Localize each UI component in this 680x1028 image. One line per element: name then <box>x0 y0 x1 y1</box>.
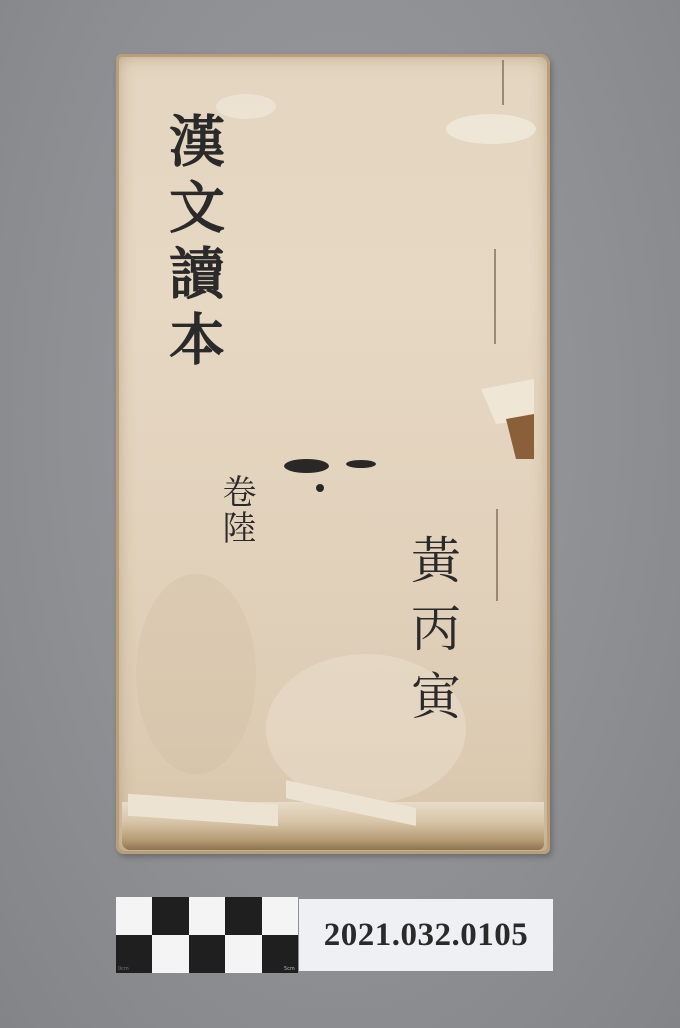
binding-stitch-mark <box>494 249 496 344</box>
scale-square <box>189 935 225 973</box>
scale-square <box>225 935 261 973</box>
scale-square <box>189 897 225 935</box>
scale-square <box>262 897 298 935</box>
scale-square <box>152 935 188 973</box>
book-title: 漢文讀本 <box>164 112 220 376</box>
ink-blot <box>316 484 324 492</box>
scale-square <box>116 897 152 935</box>
scale-square <box>152 897 188 935</box>
scale-label-start: 0cm <box>118 966 129 972</box>
binding-stitch-mark <box>496 509 498 601</box>
scale-label-end: 5cm <box>284 966 295 972</box>
paper-stain <box>446 114 536 144</box>
paper-stain <box>216 94 276 119</box>
author-name: 黃丙寅 <box>396 534 468 738</box>
volume-number: 卷陸 <box>212 474 261 546</box>
binding-stitch-mark <box>502 60 504 105</box>
ink-blot <box>284 459 329 473</box>
book-cover: 漢文讀本 卷陸 黃丙寅 <box>116 54 550 854</box>
scale-bar <box>116 897 298 973</box>
scale-square <box>225 897 261 935</box>
accession-label: 2021.032.0105 <box>299 899 553 971</box>
torn-corner <box>476 379 536 459</box>
paper-stain <box>136 574 256 774</box>
accession-number: 2021.032.0105 <box>324 917 529 954</box>
ink-blot <box>346 460 376 468</box>
